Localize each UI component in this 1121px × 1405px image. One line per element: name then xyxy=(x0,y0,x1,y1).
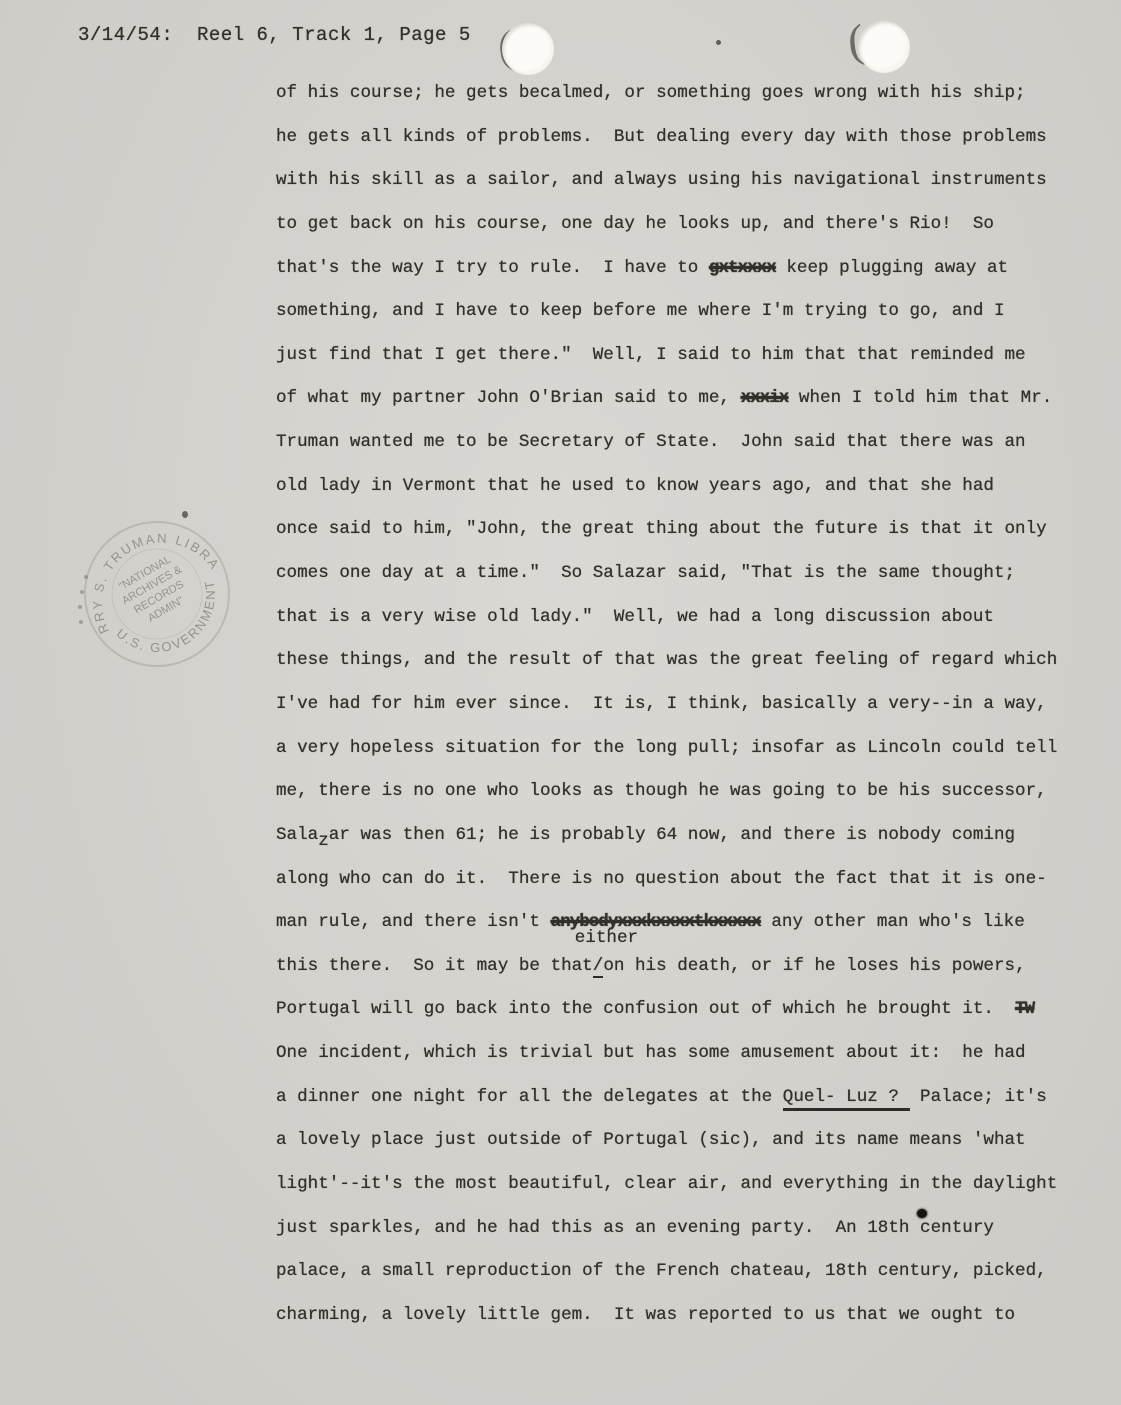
typed-segment: century xyxy=(920,1218,994,1238)
typed-segment-xout: xxxix xyxy=(741,388,789,408)
typed-segment: that's the way I try to rule. I have to xyxy=(276,258,709,278)
typed-segment-caret: /either xyxy=(593,956,604,978)
typed-segment: with his skill as a sailor, and always u… xyxy=(276,170,1047,190)
typed-segment: a lovely place just outside of Portugal … xyxy=(276,1130,1026,1150)
archive-stamp: HARRY S. TRUMAN LIBRARY U.S. GOVERNMENT … xyxy=(66,503,248,685)
typed-segment-xout: gxtxxxx xyxy=(709,258,776,278)
hole-punch-right xyxy=(858,21,910,73)
typed-segment: One incident, which is trivial but has s… xyxy=(276,1043,1026,1063)
typed-line: to get back on his course, one day he lo… xyxy=(276,203,1106,247)
typed-line: that's the way I try to rule. I have to … xyxy=(276,247,1106,291)
interline-insert: either xyxy=(575,930,638,948)
typed-line: something, and I have to keep before me … xyxy=(276,290,1106,334)
typed-line: palace, a small reproduction of the Fren… xyxy=(276,1250,1106,1294)
typed-line: Salazar was then 61; he is probably 64 n… xyxy=(276,814,1106,858)
typed-segment: Portugal will go back into the confusion… xyxy=(276,999,1015,1019)
typed-segment: these things, and the result of that was… xyxy=(276,650,1057,670)
typed-line: of his course; he gets becalmed, or some… xyxy=(276,72,1106,116)
typed-segment: this there. So it may be that xyxy=(276,956,593,976)
typed-segment: ar was then 61; he is probably 64 now, a… xyxy=(329,825,1015,845)
typed-line: along who can do it. There is no questio… xyxy=(276,858,1106,902)
typed-segment: man rule, and there isn't xyxy=(276,912,551,932)
typed-segment: to get back on his course, one day he lo… xyxy=(276,214,994,234)
typed-segment: Truman wanted me to be Secretary of Stat… xyxy=(276,432,1026,452)
typed-segment: Sala xyxy=(276,825,318,845)
ink-blot xyxy=(917,1209,927,1218)
typed-segment: a very hopeless situation for the long p… xyxy=(276,738,1057,758)
typed-line: charming, a lovely little gem. It was re… xyxy=(276,1294,1106,1338)
typed-segment-ul: Quel- Luz ? xyxy=(783,1087,910,1111)
typed-segment: of what my partner John O'Brian said to … xyxy=(276,388,741,408)
typed-segment: I've had for him ever since. It is, I th… xyxy=(276,694,1047,714)
typed-segment: a dinner one night for all the delegates… xyxy=(276,1087,783,1107)
stamp-ink-dot xyxy=(78,605,82,609)
typed-segment: something, and I have to keep before me … xyxy=(276,301,1005,321)
typed-line: Portugal will go back into the confusion… xyxy=(276,988,1106,1032)
typed-line: with his skill as a sailor, and always u… xyxy=(276,159,1106,203)
paper-speck xyxy=(716,40,721,45)
typed-segment: that is a very wise old lady." Well, we … xyxy=(276,607,994,627)
typed-segment: keep plugging away at xyxy=(776,258,1008,278)
typed-line: that is a very wise old lady." Well, we … xyxy=(276,596,1106,640)
typed-line: he gets all kinds of problems. But deali… xyxy=(276,116,1106,160)
typed-line: old lady in Vermont that he used to know… xyxy=(276,465,1106,509)
typed-text-block: of his course; he gets becalmed, or some… xyxy=(276,72,1106,1338)
typed-line: these things, and the result of that was… xyxy=(276,639,1106,683)
typed-segment: just sparkles, and he had this as an eve… xyxy=(276,1218,920,1238)
typed-segment-drop: z xyxy=(318,831,329,851)
page-header: 3/14/54: Reel 6, Track 1, Page 5 xyxy=(78,24,471,46)
typed-segment: me, there is no one who looks as though … xyxy=(276,781,1047,801)
typed-line: just find that I get there." Well, I sai… xyxy=(276,334,1106,378)
typed-line: a lovely place just outside of Portugal … xyxy=(276,1119,1106,1163)
typed-line: One incident, which is trivial but has s… xyxy=(276,1032,1106,1076)
typed-segment: along who can do it. There is no questio… xyxy=(276,869,1047,889)
stamp-ink-dot xyxy=(80,590,84,594)
typed-segment: comes one day at a time." So Salazar sai… xyxy=(276,563,1015,583)
typed-segment: any other man who's like xyxy=(761,912,1025,932)
stamp-ink-dot xyxy=(79,620,83,624)
typed-segment: charming, a lovely little gem. It was re… xyxy=(276,1305,1015,1325)
typed-segment: of his course; he gets becalmed, or some… xyxy=(276,83,1026,103)
typed-line: comes one day at a time." So Salazar sai… xyxy=(276,552,1106,596)
typed-segment: on his death, or if he loses his powers, xyxy=(603,956,1025,976)
typed-line: a very hopeless situation for the long p… xyxy=(276,727,1106,771)
typed-segment: Palace; it's xyxy=(910,1087,1047,1107)
typed-line: light'--it's the most beautiful, clear a… xyxy=(276,1163,1106,1207)
typed-segment-xout: TW xyxy=(1015,999,1034,1019)
typed-line: once said to him, "John, the great thing… xyxy=(276,508,1106,552)
document-page: 3/14/54: Reel 6, Track 1, Page 5 ( ( HAR… xyxy=(0,0,1121,1405)
typed-line: Truman wanted me to be Secretary of Stat… xyxy=(276,421,1106,465)
stamp-ink-dot xyxy=(84,575,88,579)
typed-line: a dinner one night for all the delegates… xyxy=(276,1076,1106,1120)
typed-line: this there. So it may be that/eitheron h… xyxy=(276,945,1106,989)
typed-segment: he gets all kinds of problems. But deali… xyxy=(276,127,1047,147)
typed-line: just sparkles, and he had this as an eve… xyxy=(276,1207,1106,1251)
typed-segment: when I told him that Mr. xyxy=(788,388,1052,408)
typed-segment: once said to him, "John, the great thing… xyxy=(276,519,1047,539)
typed-segment: light'--it's the most beautiful, clear a… xyxy=(276,1174,1057,1194)
typed-segment: palace, a small reproduction of the Fren… xyxy=(276,1261,1047,1281)
typed-line: me, there is no one who looks as though … xyxy=(276,770,1106,814)
typed-line: man rule, and there isn't anybodyxxxkxxx… xyxy=(276,901,1106,945)
typed-segment: old lady in Vermont that he used to know… xyxy=(276,476,994,496)
typed-segment: just find that I get there." Well, I sai… xyxy=(276,345,1026,365)
typed-line: I've had for him ever since. It is, I th… xyxy=(276,683,1106,727)
hole-punch-left xyxy=(502,23,554,75)
typed-line: of what my partner John O'Brian said to … xyxy=(276,377,1106,421)
